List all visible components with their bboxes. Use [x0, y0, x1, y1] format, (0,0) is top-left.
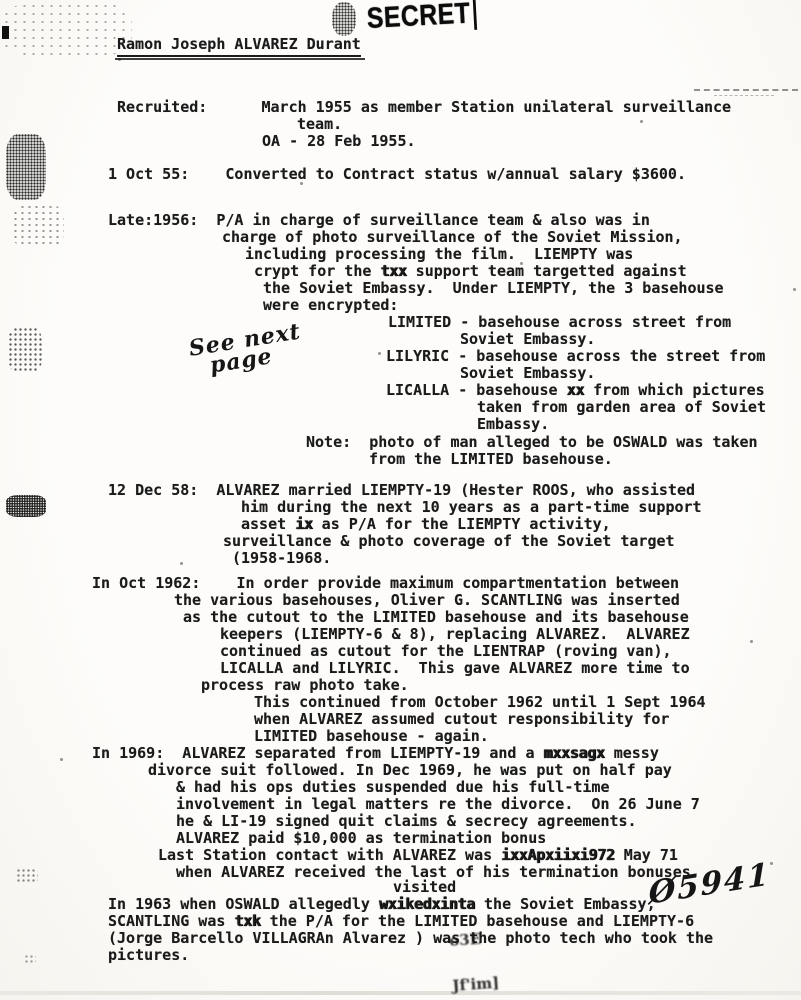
typed-line: LICALLA and LILYRIC. This gave ALVAREZ m…: [220, 660, 690, 677]
typed-line: crypt for the txx support team targetted…: [254, 263, 687, 280]
typed-line: from the LIMITED basehouse.: [369, 451, 613, 468]
ink-speckle-margin-1b: [12, 204, 64, 248]
smudge-garble-1: o3E: [449, 928, 536, 949]
ink-speckle-margin-2: [8, 327, 42, 373]
typed-line: Note: photo of man alleged to be OSWALD …: [306, 434, 758, 451]
ink-dot: [750, 640, 753, 643]
typed-line: keepers (LIEMPTY-6 & 8), replacing ALVAR…: [220, 626, 690, 643]
typed-line: LILYRIC - basehouse across the street fr…: [386, 348, 765, 365]
illegible-stamp-smudge: o3E Jf'im]: [447, 898, 536, 944]
scanned-document-page: SECRET Ramon Joseph ALVAREZ DurantRecrui…: [0, 0, 801, 1000]
dashed-scan-artifact: [694, 89, 798, 91]
typed-line: divorce suit followed. In Dec 1969, he w…: [148, 762, 672, 779]
dashed-scan-artifact-2: [714, 95, 774, 96]
typed-line: Embassy.: [477, 416, 549, 433]
typed-line: (Jorge Barcello VILLAGRAn Alvarez ) was …: [108, 930, 713, 947]
typed-line: involvement in legal matters re the divo…: [176, 796, 700, 813]
typed-line: Recruited: March 1955 as member Station …: [117, 99, 731, 116]
overstruck-text: ix: [295, 515, 312, 533]
typed-line: Soviet Embassy.: [460, 365, 595, 382]
overstruck-text: txk: [234, 912, 260, 930]
typed-line: Last Station contact with ALVAREZ was ix…: [158, 847, 678, 864]
ink-speckle-top-left: [2, 2, 132, 57]
typed-line: In 1963 when OSWALD allegedly wxikedxint…: [108, 896, 656, 913]
ink-dot: [60, 758, 63, 761]
typed-line: (1958-1968.: [232, 550, 331, 567]
typed-line: LIMITED basehouse - again.: [254, 728, 489, 745]
typed-line: charge of photo surveillance of the Sovi…: [222, 229, 683, 246]
typed-line: asset ix as P/A for the LIEMPTY activity…: [241, 516, 611, 533]
typed-line: LIMITED - basehouse across street from: [388, 314, 731, 331]
typed-line: surveillance & photo coverage of the Sov…: [223, 533, 675, 550]
overstruck-text: txx: [380, 262, 406, 280]
ink-speckle-margin-4: [16, 868, 38, 884]
smudge-garble-2: Jf'im]: [452, 973, 539, 994]
overstruck-text: xx: [567, 381, 584, 399]
typed-line: Soviet Embassy.: [460, 331, 595, 348]
ink-speckle-margin-1: [6, 134, 46, 200]
ink-dot: [180, 562, 183, 565]
typed-line: 12 Dec 58: ALVAREZ married LIEMPTY-19 (H…: [108, 482, 695, 499]
ink-dot: [378, 352, 381, 355]
ink-blot-near-stamp: [332, 2, 356, 36]
typed-line: continued as cutout for the LIENTRAP (ro…: [220, 643, 672, 660]
ink-speckle-margin-5: [24, 954, 36, 964]
document-title: Ramon Joseph ALVAREZ Durant: [117, 36, 361, 57]
ink-dot: [640, 120, 643, 123]
typed-line: OA - 28 Feb 1955.: [262, 133, 416, 150]
ink-mark-square: [2, 26, 9, 39]
scan-edge-streak: [0, 991, 801, 995]
typed-line: process raw photo take.: [201, 677, 409, 694]
typed-line: This continued from October 1962 until 1…: [254, 694, 706, 711]
typed-line: the various basehouses, Oliver G. SCANTL…: [174, 592, 680, 609]
typed-line: were encrypted:: [263, 297, 398, 314]
typed-line: including processing the film. LIEMPTY w…: [245, 246, 633, 263]
typed-line: team.: [297, 116, 342, 133]
typed-line: 1 Oct 55: Converted to Contract status w…: [108, 166, 686, 183]
typed-line: pictures.: [108, 947, 189, 964]
ink-speckle-margin-3: [6, 495, 46, 517]
secret-stamp: SECRET: [366, 0, 477, 36]
typed-line: the Soviet Embassy. Under LIEMPTY, the 3…: [263, 280, 724, 297]
typed-line: he & LI-19 signed quit claims & secrecy …: [176, 813, 637, 830]
typed-line: LICALLA - basehouse xx from which pictur…: [386, 382, 765, 399]
overstruck-text: ixxApxiixi972: [501, 846, 615, 864]
ink-dot: [770, 862, 773, 865]
typed-line: when ALVAREZ assumed cutout responsibili…: [254, 711, 669, 728]
typed-line: ALVAREZ paid $10,000 as termination bonu…: [176, 830, 546, 847]
overstruck-text: mxxsagx: [544, 744, 605, 762]
ink-dot: [793, 288, 796, 291]
typed-line: visited: [393, 879, 456, 896]
typed-line: SCANTLING was txk the P/A for the LIMITE…: [108, 913, 694, 930]
typed-line: as the cutout to the LIMITED basehouse a…: [183, 609, 689, 626]
typed-line: Late:1956: P/A in charge of surveillance…: [108, 212, 650, 229]
typed-line: In 1969: ALVAREZ separated from LIEMPTY-…: [92, 745, 659, 762]
typed-line: him during the next 10 years as a part-t…: [241, 499, 702, 516]
typed-line: In Oct 1962: In order provide maximum co…: [92, 575, 679, 592]
handwritten-see-next-page: See next page: [188, 321, 306, 378]
typed-line: taken from garden area of Soviet: [477, 399, 766, 416]
typed-line: & had his ops duties suspended due his f…: [176, 779, 609, 796]
